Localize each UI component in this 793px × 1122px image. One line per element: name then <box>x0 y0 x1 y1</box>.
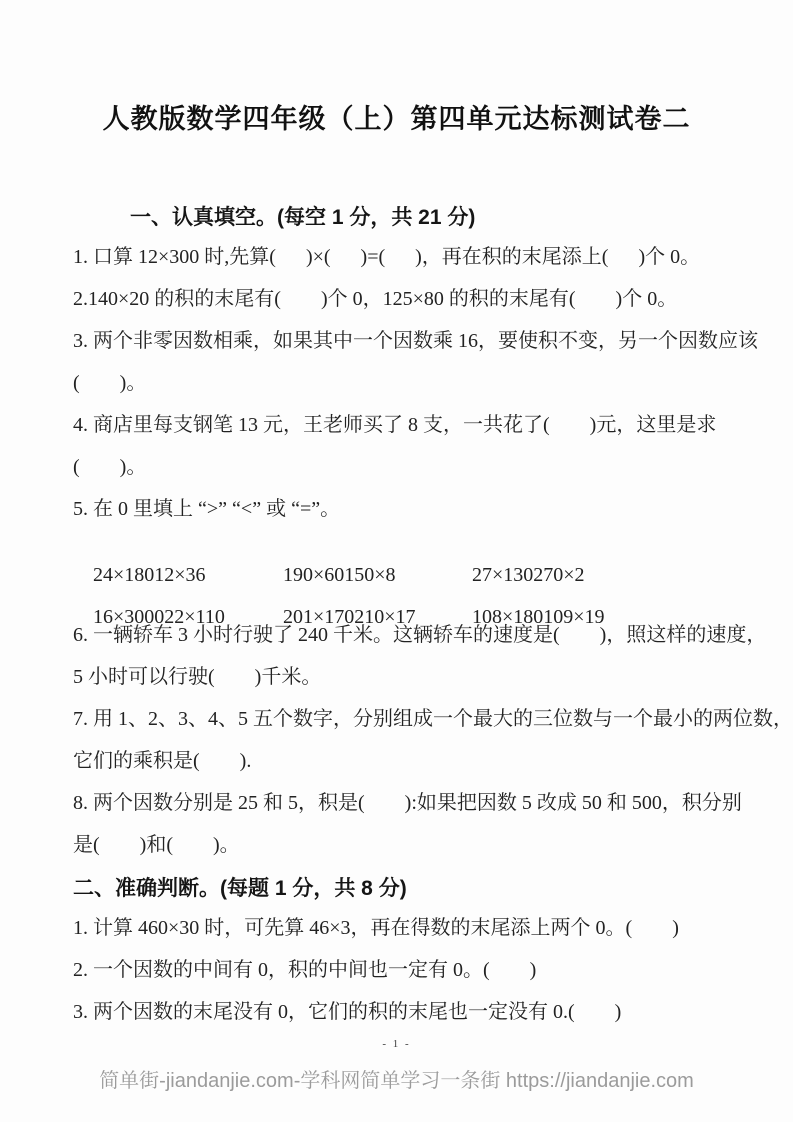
question-7-line-2: 它们的乘积是( ). <box>73 749 251 773</box>
document-page: 人教版数学四年级（上）第四单元达标测试卷二 一、认真填空。(每空 1 分，共 2… <box>0 0 793 1122</box>
question-1: 1. 口算 12×300 时,先算( )×( )=( )，再在积的末尾添上( )… <box>73 245 700 269</box>
judgment-1: 1. 计算 460×30 时，可先算 46×3，再在得数的末尾添上两个 0。( … <box>73 916 679 940</box>
page-title: 人教版数学四年级（上）第四单元达标测试卷二 <box>0 97 793 136</box>
judgment-3: 3. 两个因数的末尾没有 0，它们的积的末尾也一定没有 0.( ) <box>73 1000 621 1024</box>
question-2: 2.140×20 的积的末尾有( )个 0，125×80 的积的末尾有( )个 … <box>73 287 677 311</box>
page-number: - 1 - <box>0 1038 793 1050</box>
judgment-2: 2. 一个因数的中间有 0，积的中间也一定有 0。( ) <box>73 958 536 982</box>
question-7-line-1: 7. 用 1、2、3、4、5 五个数字，分别组成一个最大的三位数与一个最小的两位… <box>73 707 793 731</box>
footer-site-line: 简单街-jiandanjie.com-学科网简单学习一条街 https://ji… <box>0 1064 793 1093</box>
question-4-line-2: ( )。 <box>73 455 146 479</box>
section-2-heading: 二、准确判断。(每题 1 分，共 8 分) <box>73 872 407 902</box>
question-8-line-1: 8. 两个因数分别是 25 和 5，积是( ):如果把因数 5 改成 50 和 … <box>73 791 742 815</box>
question-6-line-1: 6. 一辆轿车 3 小时行驶了 240 千米。这辆轿车的速度是( )，照这样的速… <box>73 623 766 647</box>
section-1-heading: 一、认真填空。(每空 1 分，共 21 分) <box>130 201 475 231</box>
question-6-line-2: 5 小时可以行驶( )千米。 <box>73 665 321 689</box>
question-3-line-2: ( )。 <box>73 371 146 395</box>
question-4-line-1: 4. 商店里每支钢笔 13 元，王老师买了 8 支，一共花了( )元，这里是求 <box>73 413 716 437</box>
question-8-line-2: 是( )和( )。 <box>73 833 240 857</box>
question-5: 5. 在 0 里填上 “>” “<” 或 “=”。 <box>73 497 340 521</box>
question-3-line-1: 3. 两个非零因数相乘，如果其中一个因数乘 16，要使积不变，另一个因数应该 <box>73 329 758 353</box>
